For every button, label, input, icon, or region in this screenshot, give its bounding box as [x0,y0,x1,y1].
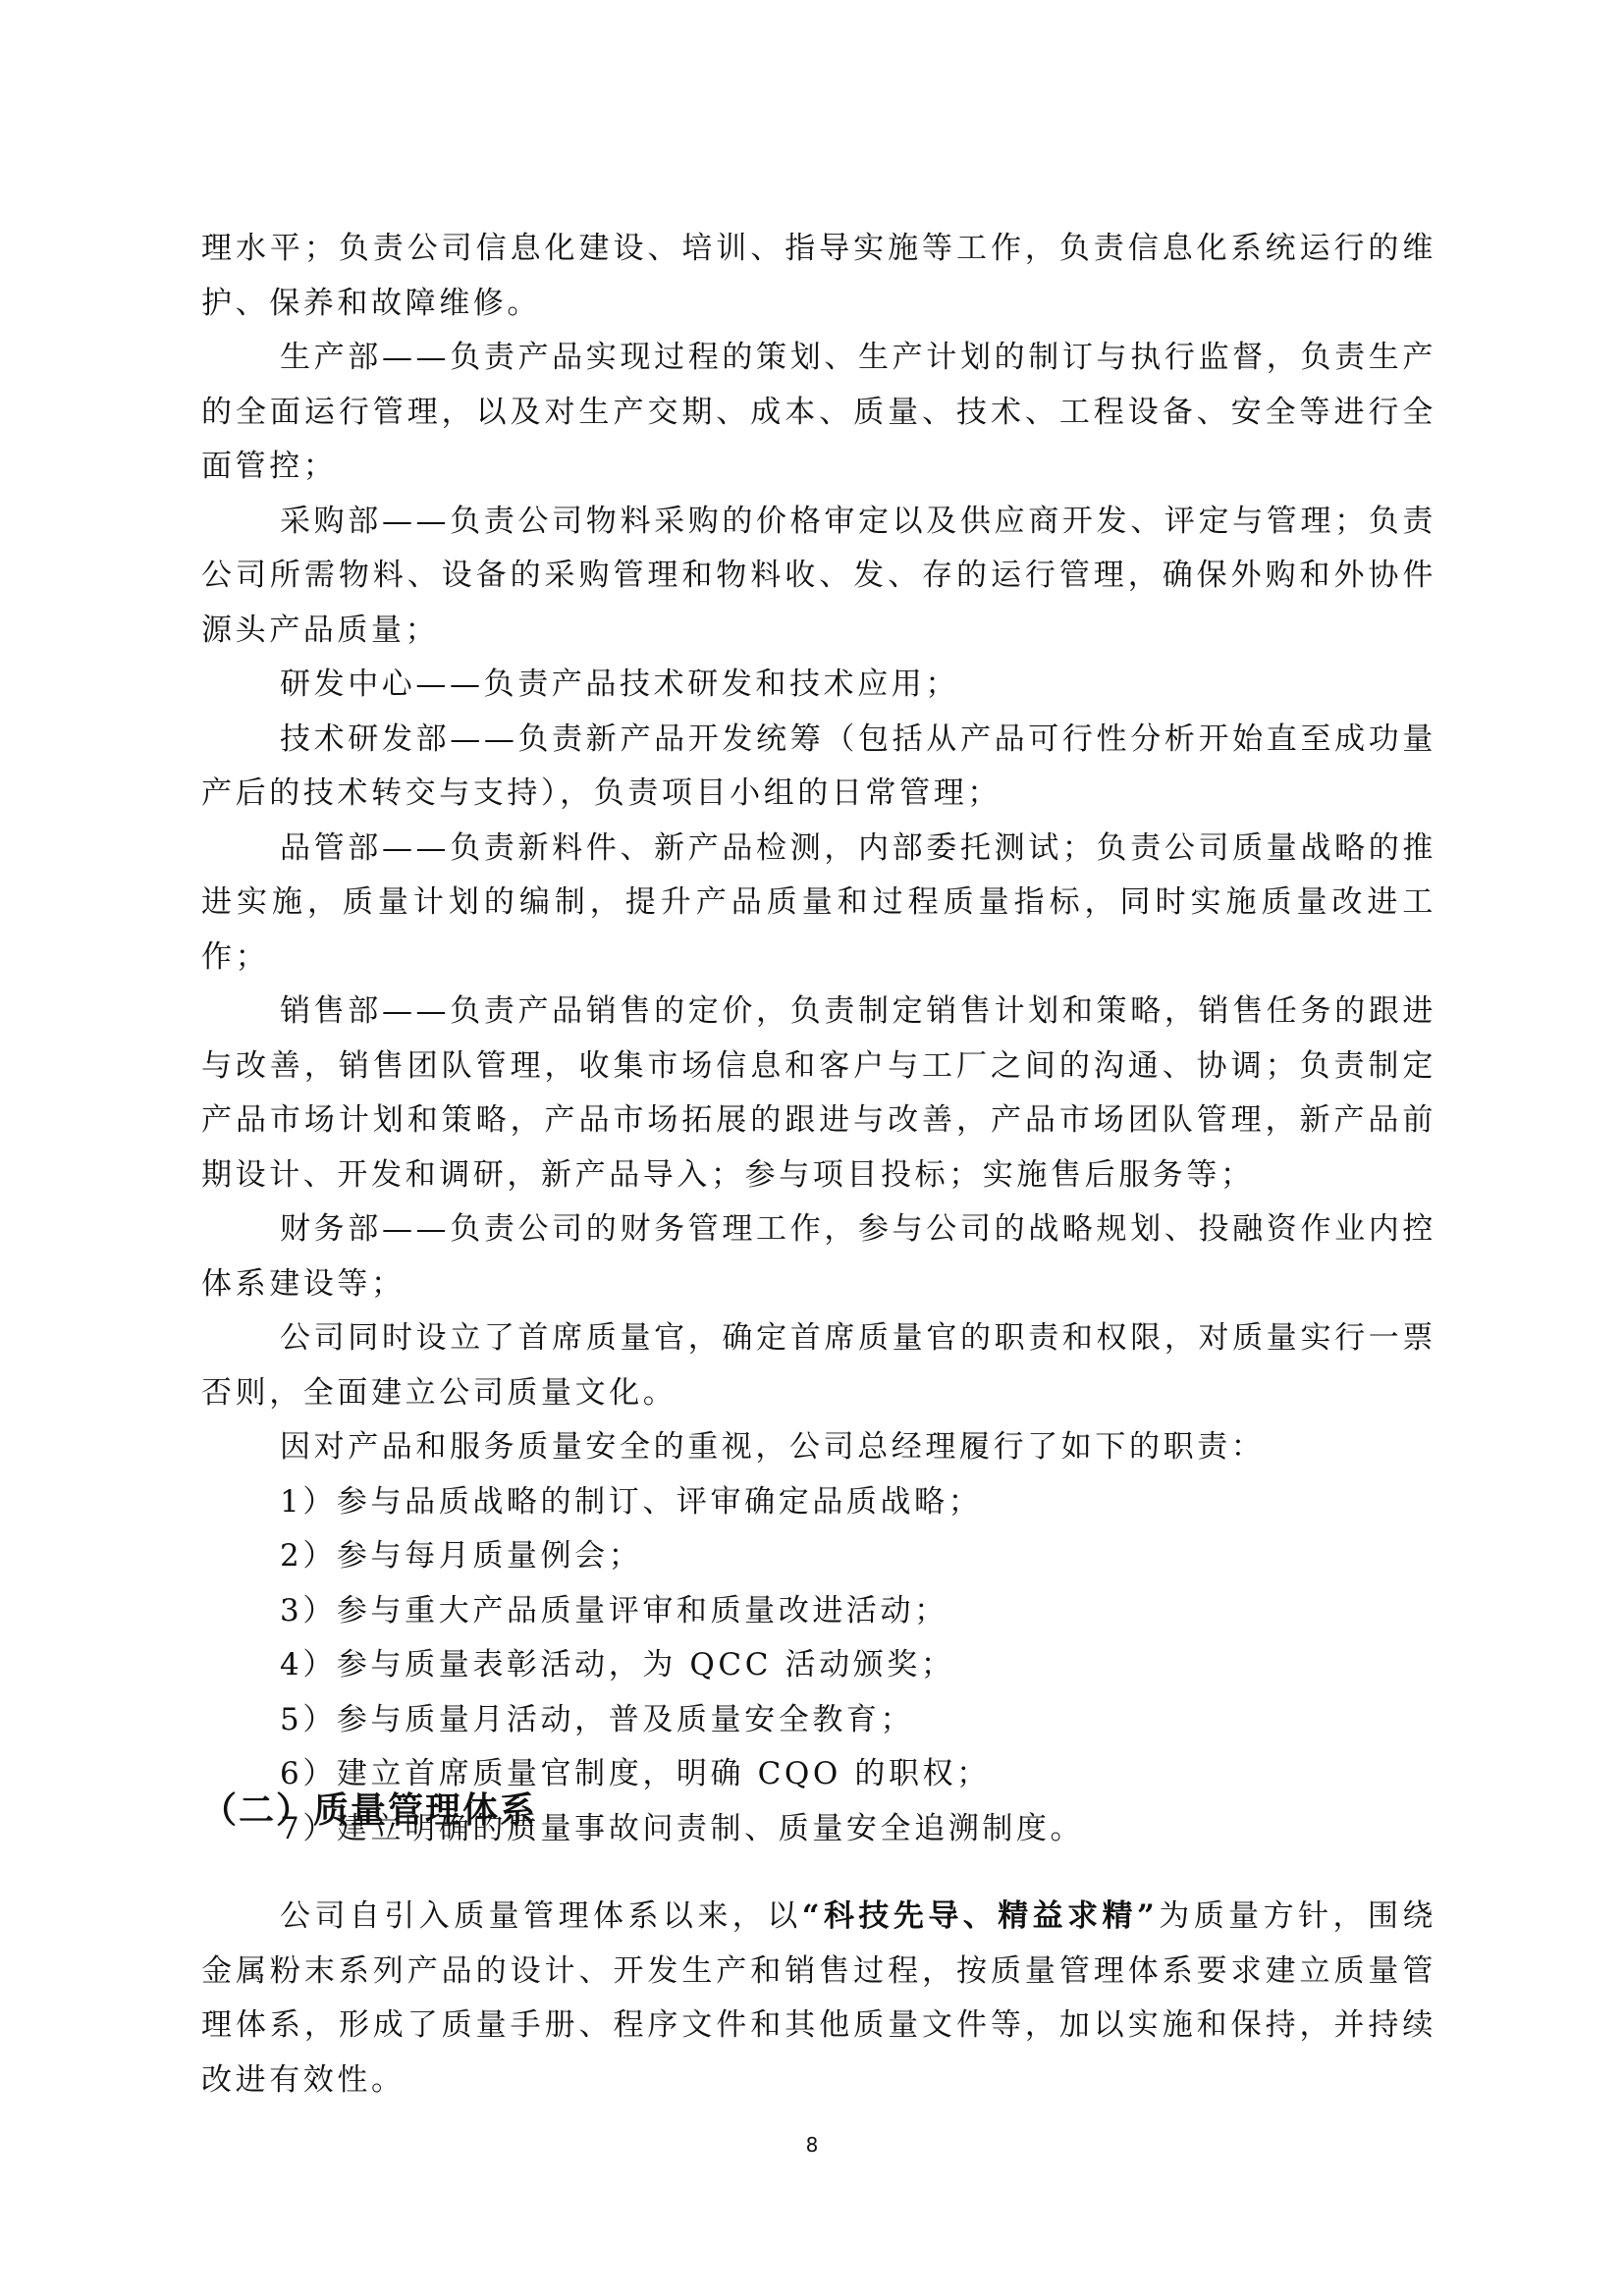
section-body: 公司自引入质量管理体系以来，以“科技先导、精益求精”为质量方针，围绕金属粉末系列… [201,1890,1436,2108]
paragraph-gm-duties-intro: 因对产品和服务质量安全的重视，公司总经理履行了如下的职责： [201,1420,1436,1475]
document-body: 理水平；负责公司信息化建设、培训、指导实施等工作，负责信息化系统运行的维护、保养… [201,222,1436,1856]
paragraph-rd-center: 研发中心——负责产品技术研发和技术应用； [201,658,1436,713]
paragraph-it-dept-continued: 理水平；负责公司信息化建设、培训、指导实施等工作，负责信息化系统运行的维护、保养… [201,222,1436,331]
paragraph-sales-dept: 销售部——负责产品销售的定价，负责制定销售计划和策略，销售任务的跟进与改善，销售… [201,985,1436,1202]
paragraph-quality-system: 公司自引入质量管理体系以来，以“科技先导、精益求精”为质量方针，围绕金属粉末系列… [201,1890,1436,2108]
paragraph-finance-dept: 财务部——负责公司的财务管理工作，参与公司的战略规划、投融资作业内控体系建设等； [201,1202,1436,1311]
paragraph-quality-dept: 品管部——负责新料件、新产品检测，内部委托测试；负责公司质量战略的推进实施，质量… [201,822,1436,986]
paragraph-chief-quality-officer: 公司同时设立了首席质量官，确定首席质量官的职责和权限，对质量实行一票否则，全面建… [201,1311,1436,1420]
duty-item: 3）参与重大产品质量评审和质量改进活动； [201,1584,1436,1639]
paragraph-production-dept: 生产部——负责产品实现过程的策划、生产计划的制订与执行监督，负责生产的全面运行管… [201,331,1436,495]
duty-item: 5）参与质量月活动，普及质量安全教育； [201,1693,1436,1748]
duty-item: 2）参与每月质量例会； [201,1529,1436,1584]
section-heading: （二）质量管理体系 [201,1787,537,1836]
paragraph-tech-rd-dept: 技术研发部——负责新产品开发统筹（包括从产品可行性分析开始直至成功量产后的技术转… [201,713,1436,822]
page-number: 8 [0,2132,1624,2158]
quality-policy-slogan: “科技先导、精益求精” [802,1898,1159,1934]
duty-item: 1）参与品质战略的制订、评审确定品质战略； [201,1475,1436,1530]
quality-system-text-before: 公司自引入质量管理体系以来，以 [280,1898,802,1934]
duty-item: 4）参与质量表彰活动，为 QCC 活动颁奖； [201,1638,1436,1693]
paragraph-purchasing-dept: 采购部——负责公司物料采购的价格审定以及供应商开发、评定与管理；负责公司所需物料… [201,495,1436,659]
